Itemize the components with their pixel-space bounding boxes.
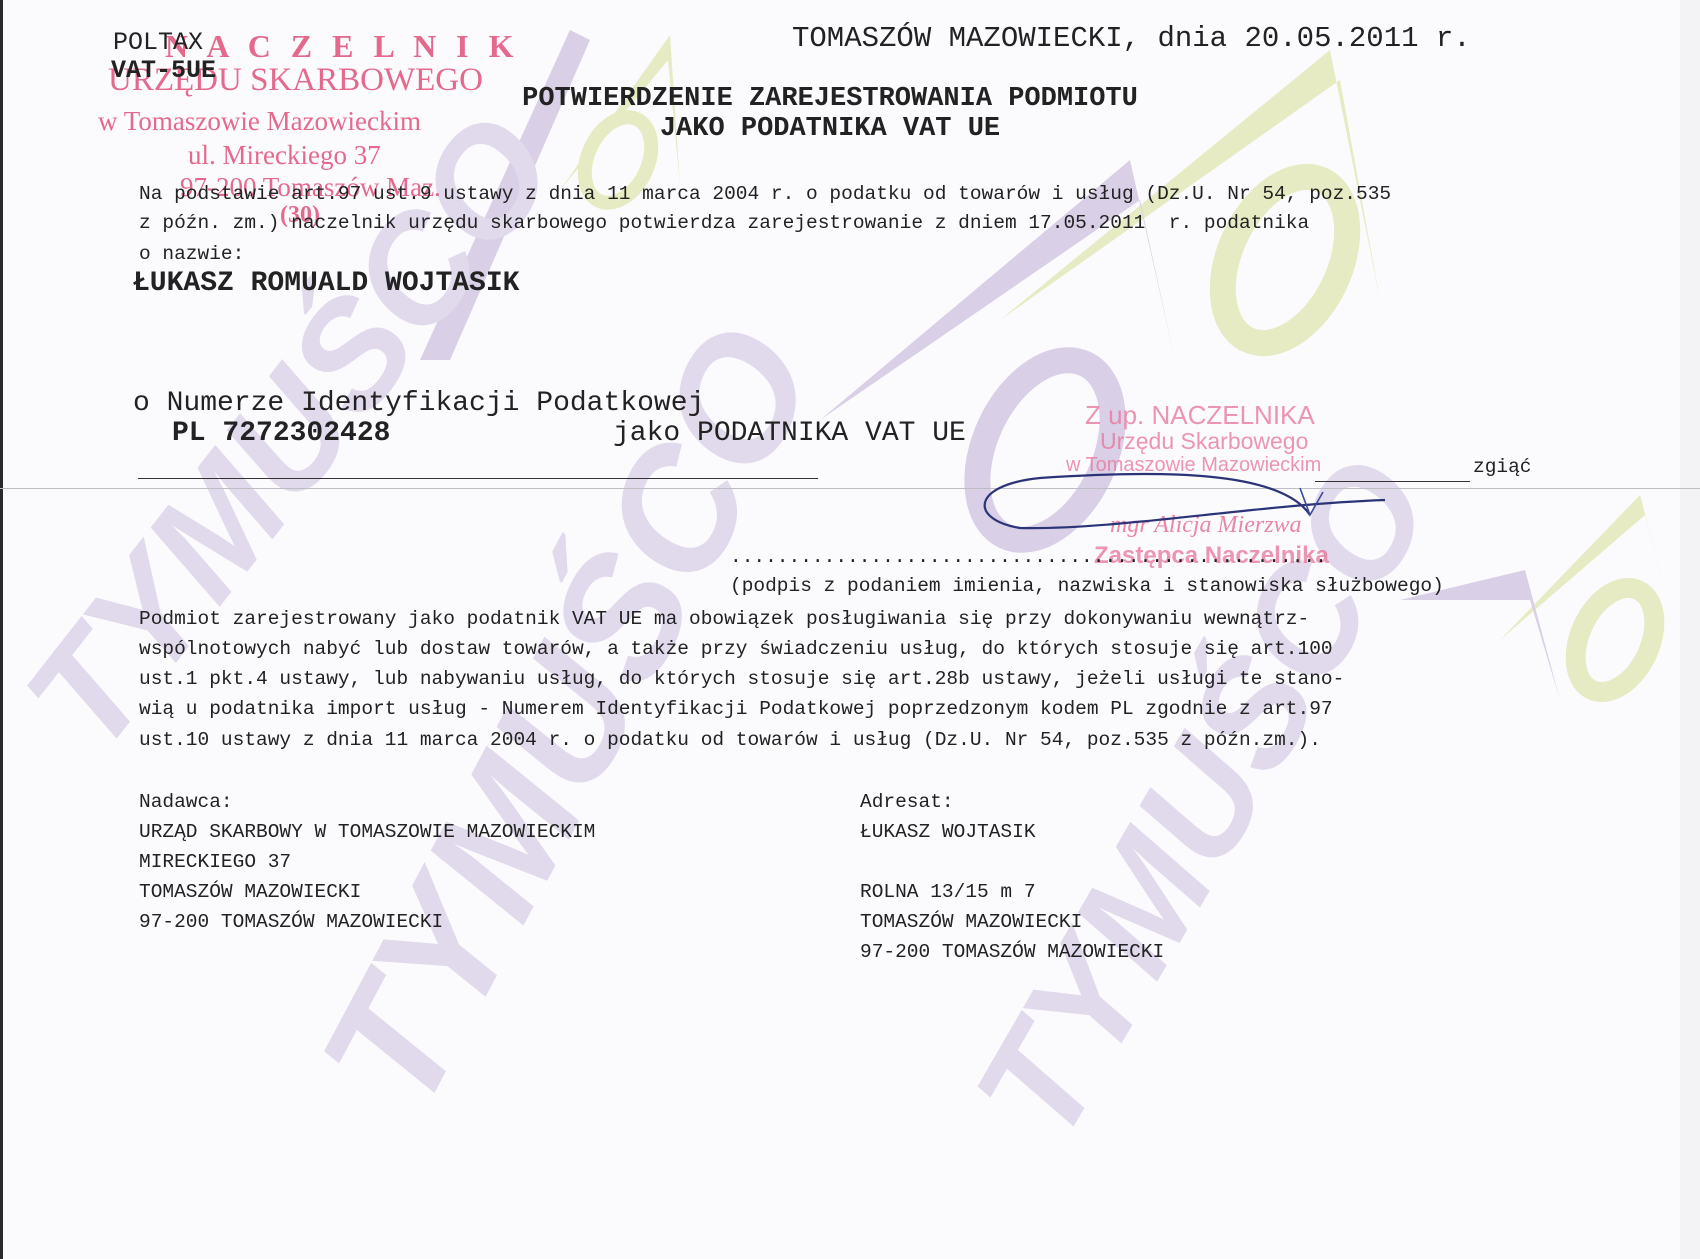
vat-ue-label: jako PODATNIKA VAT UE [613,418,966,449]
scan-edge [0,0,3,1259]
form-code: VAT-5UE [111,56,216,85]
intro-line-1: Na podstawie art.97 ust.9 ustawy z dnia … [139,183,1391,205]
recipient-line-5: 97-200 TOMASZÓW MAZOWIECKI [860,941,1164,963]
notice-line-1: Podmiot zarejestrowany jako podatnik VAT… [139,608,1309,630]
fold-label: zgiąć [1473,456,1532,478]
stamp-line-1: N A C Z E L N I K [165,28,520,65]
sender-label: Nadawca: [139,791,233,813]
scan-margin [1680,0,1700,1259]
recipient-line-4: TOMASZÓW MAZOWIECKI [860,911,1082,933]
intro-line-3: o nazwie: [139,243,244,265]
recipient-line-1: ŁUKASZ WOJTASIK [860,821,1036,843]
sig-stamp-line-1: Z up. NACZELNIKA [1085,400,1315,431]
separator-line [138,478,818,479]
notice-line-5: ust.10 ustawy z dnia 11 marca 2004 r. o … [139,729,1321,751]
stamp-line-4: ul. Mireckiego 37 [188,140,381,171]
fold-mark-line [1315,481,1470,482]
notice-line-2: wspólnotowych nabyć lub dostaw towarów, … [139,638,1333,660]
notice-line-4: wią u podatnika import usług - Numerem I… [139,698,1333,720]
signature-caption: (podpis z podaniem imienia, nazwiska i s… [730,575,1444,597]
sender-line-4: 97-200 TOMASZÓW MAZOWIECKI [139,911,443,933]
taxpayer-name: ŁUKASZ ROMUALD WOJTASIK [133,268,519,299]
notice-line-3: ust.1 pkt.4 ustawy, lub nabywaniu usług,… [139,668,1344,690]
recipient-line-3: ROLNA 13/15 m 7 [860,881,1036,903]
fold-line [0,488,1700,489]
form-system: POLTAX [113,28,203,57]
sig-stamp-line-3: w Tomaszowie Mazowieckim [1066,454,1321,477]
document-title-line-1: POTWIERDZENIE ZAREJESTROWANIA PODMIOTU [430,84,1230,114]
sender-line-1: URZĄD SKARBOWY W TOMASZOWIE MAZOWIECKIM [139,821,595,843]
recipient-label: Adresat: [860,791,954,813]
document-title-line-2: JAKO PODATNIKA VAT UE [430,114,1230,144]
nip-value: PL 7272302428 [172,418,390,449]
signature-dots: ........................................… [730,546,1327,568]
stamp-line-3: w Tomaszowie Mazowieckim [98,106,421,137]
sender-line-3: TOMASZÓW MAZOWIECKI [139,881,361,903]
sender-line-2: MIRECKIEGO 37 [139,851,291,873]
place-date: TOMASZÓW MAZOWIECKI, dnia 20.05.2011 r. [792,22,1471,55]
intro-line-2: z późn. zm.) naczelnik urzędu skarbowego… [139,212,1309,234]
sig-stamp-line-2: Urzędu Skarbowego [1100,428,1308,455]
sig-stamp-name: mgr Alicja Mierzwa [1110,512,1302,539]
nip-label: o Numerze Identyfikacji Podatkowej [133,388,704,419]
